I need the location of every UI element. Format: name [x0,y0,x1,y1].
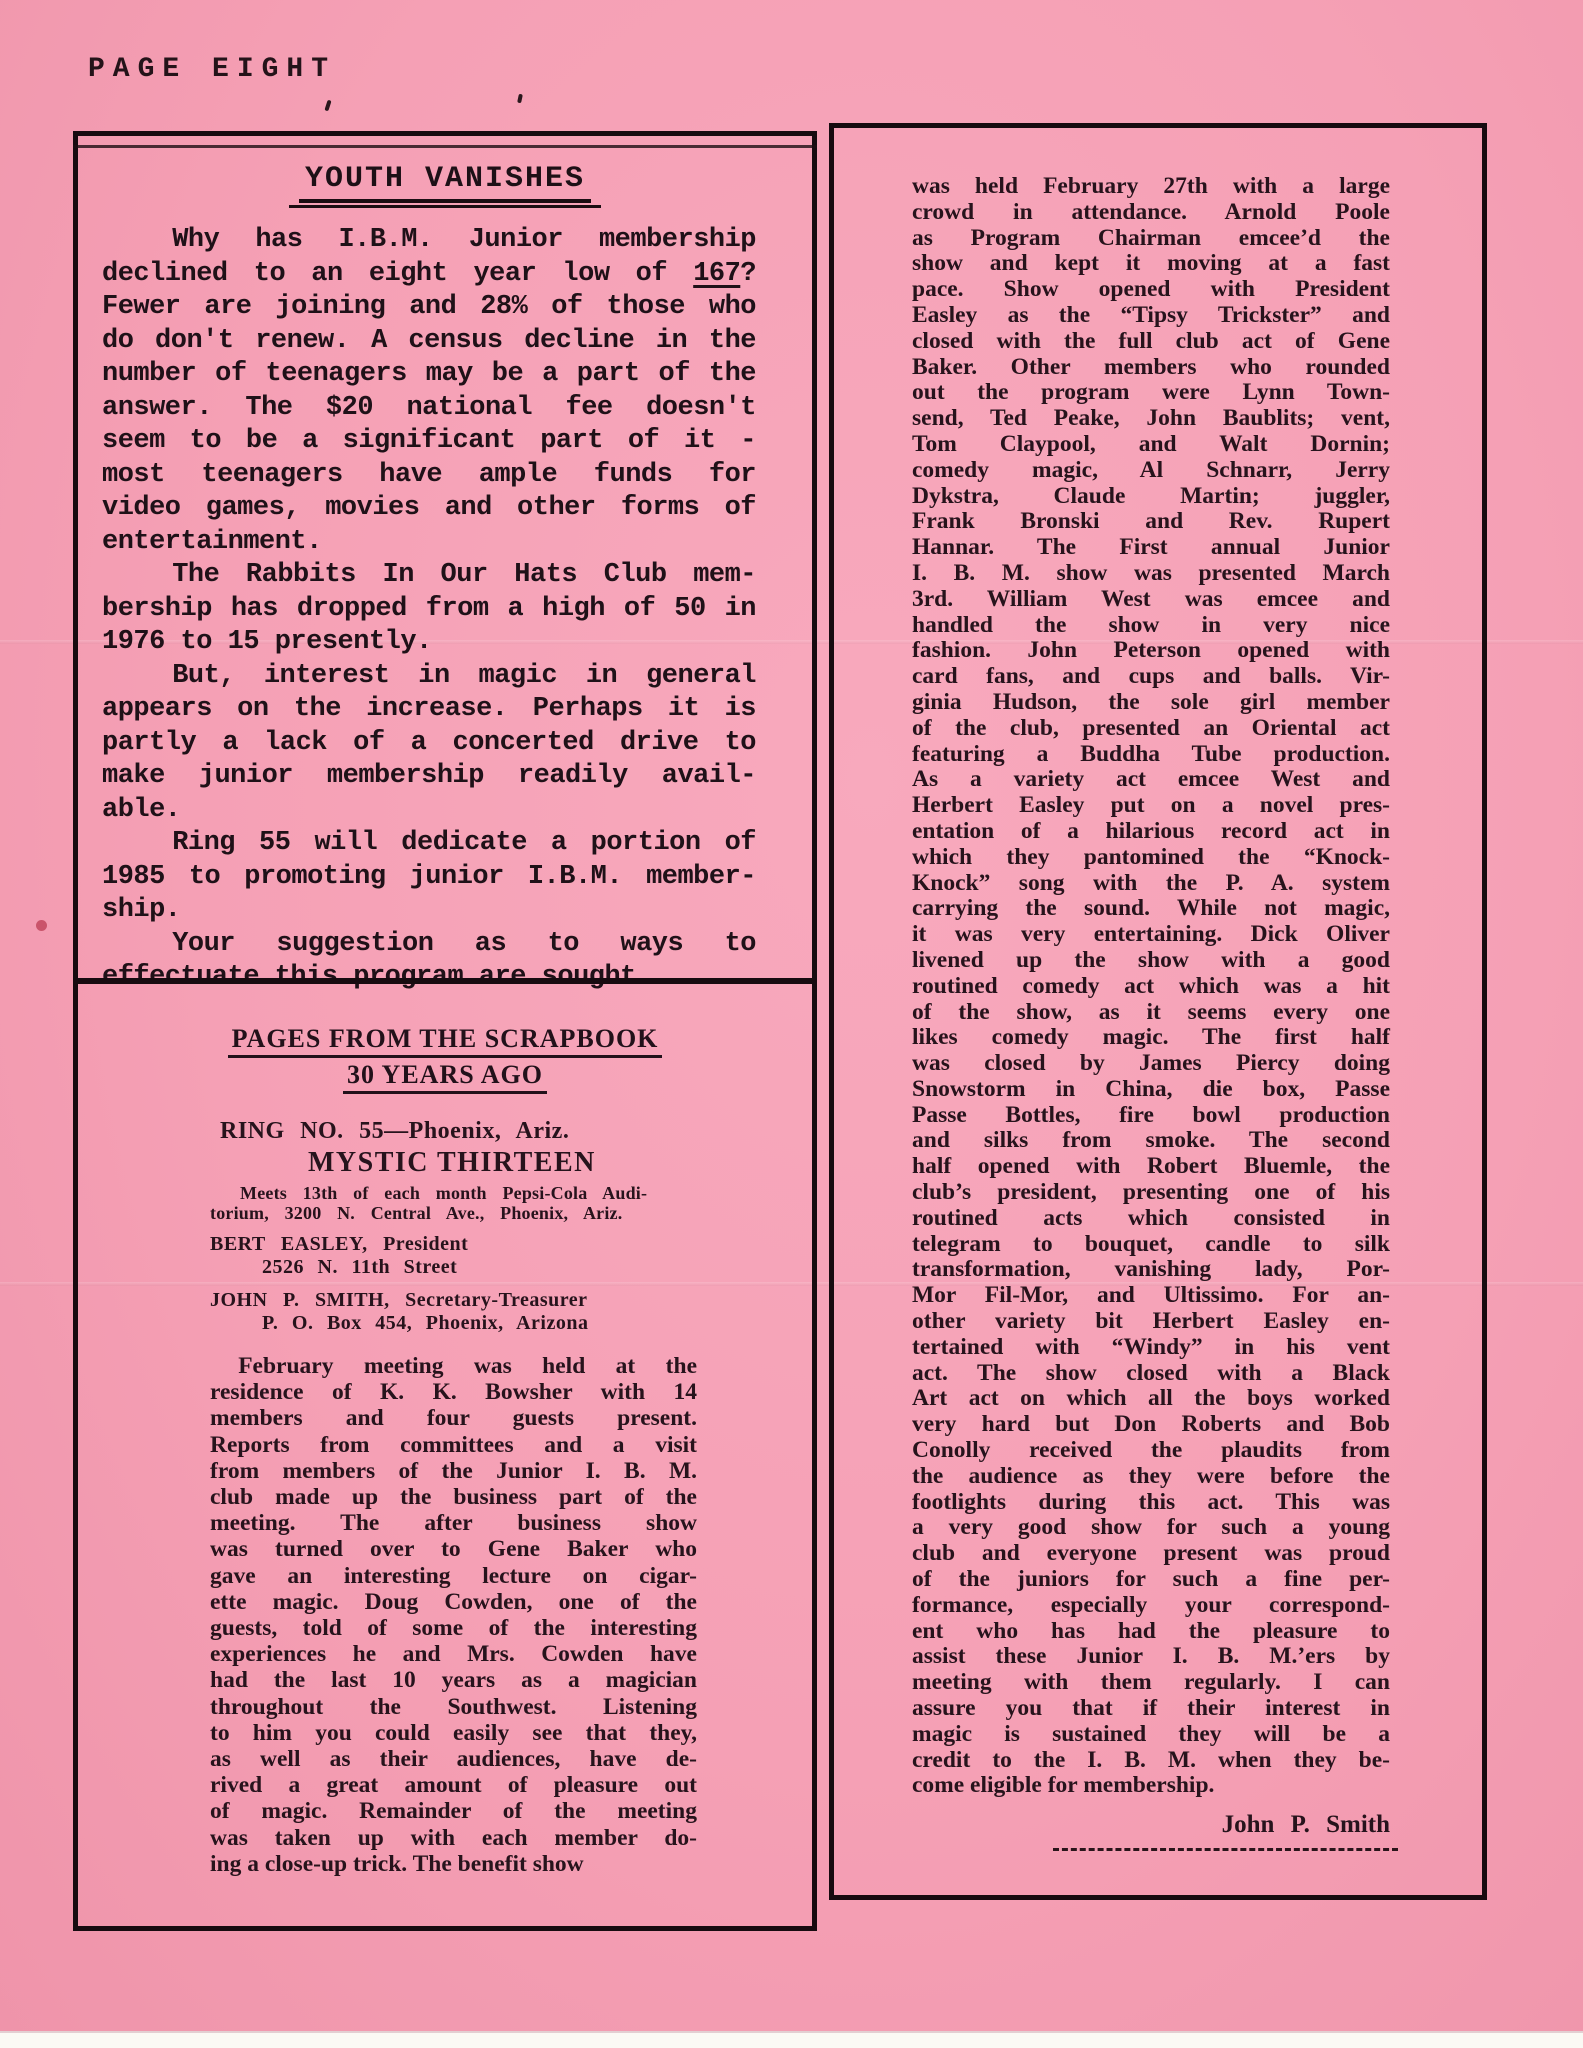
article-title: YOUTH VANISHES [78,162,812,196]
text-line: meeting with them regularly. I can [912,1670,1390,1696]
newsletter-page: PAGE EIGHT YOUTH VANISHES Why has I.B.M.… [0,0,1583,2048]
text-line: as well as their audiences, have de- [210,1746,697,1772]
text-line: Hannar. The First annual Junior [912,535,1390,561]
scrapbook-title-text: PAGES FROM THE SCRAPBOOK [228,1024,663,1058]
border-artifact [73,145,817,148]
text-line: act. The show closed with a Black [912,1361,1390,1387]
president-address: 2526 N. 11th Street [262,1256,770,1279]
text-line: was turned over to Gene Baker who [210,1536,697,1562]
text-line: carrying the sound. While not magic, [912,896,1390,922]
ring-number-line: RING NO. 55—Phoenix, Ariz. [220,1118,770,1145]
text-line: routined acts which consisted in [912,1206,1390,1232]
text-line: had the last 10 years as a magician [210,1667,697,1693]
text-line: entation of a hilarious record act in [912,819,1390,845]
text-line: which they pantomined the “Knock- [912,845,1390,871]
text-line: appears on the increase. Perhaps it is [102,693,756,727]
paragraph: February meeting was held at theresidenc… [210,1353,697,1877]
text-line: closed with the full club act of Gene [912,329,1390,355]
text-line: magic is sustained they will be a [912,1722,1390,1748]
text-line: 3rd. William West was emcee and [912,587,1390,613]
scan-speck [36,920,47,931]
text-line: club made up the business part of the [210,1484,697,1510]
text-line: Knock” song with the P. A. system [912,871,1390,897]
text-line: ginia Hudson, the sole girl member [912,690,1390,716]
scrapbook-subtitle-text: 30 YEARS AGO [343,1060,547,1094]
text-line: footlights during this act. This was [912,1490,1390,1516]
text-line: declined to an eight year low of 167? [102,258,756,292]
paragraph: Your suggestion as to ways toeffectuate … [102,928,756,995]
text-line: 1985 to promoting junior I.B.M. member- [102,861,756,895]
paragraph: Why has I.B.M. Junior membershipdeclined… [102,224,756,559]
text-line: able. [102,794,756,828]
text-line: club and everyone present was proud [912,1541,1390,1567]
text-line: handled the show in very nice [912,613,1390,639]
text-line: half opened with Robert Bluemle, the [912,1154,1390,1180]
text-line: gave an interesting lecture on cigar- [210,1563,697,1589]
text-line: show and kept it moving at a fast [912,251,1390,277]
paragraph: But, interest in magic in generalappears… [102,660,756,828]
text-line: I. B. M. show was presented March [912,561,1390,587]
text-line: Passe Bottles, fire bowl production [912,1103,1390,1129]
text-line: 1976 to 15 presently. [102,626,756,660]
text-line: it was very entertaining. Dick Oliver [912,922,1390,948]
text-line: ing a close-up trick. The benefit show [210,1851,697,1877]
text-line: Herbert Easley put on a novel pres- [912,793,1390,819]
president-line: BERT EASLEY, President [210,1233,770,1256]
text-line: experiences he and Mrs. Cowden have [210,1641,697,1667]
text-line: as Program Chairman emcee’d the [912,226,1390,252]
text-line: card fans, and cups and balls. Vir- [912,664,1390,690]
text-line: entertainment. [102,526,756,560]
text-line: credit to the I. B. M. when they be- [912,1748,1390,1774]
text-line: Frank Bronski and Rev. Rupert [912,509,1390,535]
text-line: Conolly received the plaudits from [912,1438,1390,1464]
text-line: transformation, vanishing lady, Por- [912,1257,1390,1283]
text-line: telegram to bouquet, candle to silk [912,1232,1390,1258]
text-line: residence of K. K. Bowsher with 14 [210,1379,697,1405]
text-line: the audience as they were before the [912,1464,1390,1490]
text-line: meeting. The after business show [210,1510,697,1536]
text-line: Art act on which all the boys worked [912,1386,1390,1412]
text-line: of the show, as it seems every one [912,1000,1390,1026]
text-line: Reports from committees and a visit [210,1432,697,1458]
text-line: pace. Show opened with President [912,277,1390,303]
text-line: send, Ted Peake, John Baublits; vent, [912,406,1390,432]
paragraph: was held February 27th with a largecrowd… [912,174,1390,1799]
text-line: Ring 55 will dedicate a portion of [102,827,756,861]
text-line: livened up the show with a good [912,948,1390,974]
text-line: assist these Junior I. B. M.’ers by [912,1644,1390,1670]
secretary-line: JOHN P. SMITH, Secretary-Treasurer [210,1289,770,1312]
text-line: was taken up with each member do- [210,1825,697,1851]
scan-artifact [324,100,331,112]
text-line: ent who has had the pleasure to [912,1619,1390,1645]
text-line: bership has dropped from a high of 50 in [102,593,756,627]
meeting-info-line: Meets 13th of each month Pepsi-Cola Audi… [210,1183,770,1203]
text-line: out the program were Lynn Town- [912,380,1390,406]
text-line: featuring a Buddha Tube production. [912,742,1390,768]
text-line: The Rabbits In Our Hats Club mem- [102,559,756,593]
article-body: Why has I.B.M. Junior membershipdeclined… [78,224,812,995]
text-line: number of teenagers may be a part of the [102,358,756,392]
text-line: to him you could easily see that they, [210,1720,697,1746]
text-line: comedy magic, Al Schnarr, Jerry [912,458,1390,484]
text-line: As a variety act emcee West and [912,767,1390,793]
text-line: was closed by James Piercy doing [912,1051,1390,1077]
text-line: February meeting was held at the [210,1353,697,1379]
signature: John P. Smith [912,1811,1390,1839]
club-name: MYSTIC THIRTEEN [308,1147,770,1179]
youth-vanishes-article: YOUTH VANISHES Why has I.B.M. Junior mem… [78,136,812,995]
meeting-info-line: torium, 3200 N. Central Ave., Phoenix, A… [210,1203,770,1223]
scrapbook-title-line2: 30 YEARS AGO [78,1060,812,1090]
text-line: routined comedy act which was a hit [912,974,1390,1000]
club-directory: RING NO. 55—Phoenix, Ariz. MYSTIC THIRTE… [210,1118,770,1335]
scan-artifact [517,94,523,104]
text-line: members and four guests present. [210,1405,697,1431]
text-line: of the juniors for such a fine per- [912,1567,1390,1593]
text-line: partly a lack of a concerted drive to [102,727,756,761]
text-line: come eligible for membership. [912,1773,1390,1799]
text-line: do don't renew. A census decline in the [102,325,756,359]
paragraph: The Rabbits In Our Hats Club mem-bership… [102,559,756,660]
right-column-box: was held February 27th with a largecrowd… [829,123,1487,1900]
page-number-label: PAGE EIGHT [88,54,336,85]
text-line: from members of the Junior I. B. M. [210,1458,697,1484]
text-line: crowd in attendance. Arnold Poole [912,200,1390,226]
text-line: Mor Fil-Mor, and Ultissimo. For an- [912,1283,1390,1309]
text-line: make junior membership readily avail- [102,760,756,794]
left-column-box: YOUTH VANISHES Why has I.B.M. Junior mem… [73,131,817,1931]
text-line: Baker. Other members who rounded [912,355,1390,381]
text-line: very hard but Don Roberts and Bob [912,1412,1390,1438]
text-line: and silks from smoke. The second [912,1128,1390,1154]
signature-underline [1053,1848,1398,1851]
text-line: other variety bit Herbert Easley en- [912,1309,1390,1335]
scrapbook-section: PAGES FROM THE SCRAPBOOK 30 YEARS AGO RI… [78,988,812,1877]
scrapbook-title-line1: PAGES FROM THE SCRAPBOOK [78,1024,812,1054]
secretary-address: P. O. Box 454, Phoenix, Arizona [262,1312,770,1335]
paragraph: Ring 55 will dedicate a portion of1985 t… [102,827,756,928]
text-line: video games, movies and other forms of [102,492,756,526]
text-line: fashion. John Peterson opened with [912,638,1390,664]
text-line: answer. The $20 national fee doesn't [102,392,756,426]
show-report-body: was held February 27th with a largecrowd… [834,128,1482,1799]
text-line: a very good show for such a young [912,1515,1390,1541]
text-line: of magic. Remainder of the meeting [210,1798,697,1824]
text-line: Tom Claypool, and Walt Dornin; [912,432,1390,458]
signature-block: John P. Smith [834,1799,1482,1851]
text-line: of the club, presented an Oriental act [912,716,1390,742]
text-line: most teenagers have ample funds for [102,459,756,493]
meeting-info: Meets 13th of each month Pepsi-Cola Audi… [210,1183,770,1223]
text-line: Dykstra, Claude Martin; juggler, [912,484,1390,510]
section-divider [73,978,817,984]
text-line: rived a great amount of pleasure out [210,1772,697,1798]
text-line: guests, told of some of the interesting [210,1615,697,1641]
text-line: throughout the Southwest. Listening [210,1694,697,1720]
text-line: club’s president, presenting one of his [912,1180,1390,1206]
text-line: formance, especially your correspond- [912,1593,1390,1619]
text-line: But, interest in magic in general [102,660,756,694]
text-line: assure you that if their interest in [912,1696,1390,1722]
text-line: tertained with “Windy” in his vent [912,1335,1390,1361]
text-line: ship. [102,894,756,928]
article-title-text: YOUTH VANISHES [299,162,591,203]
text-line: Snowstorm in China, die box, Passe [912,1077,1390,1103]
scan-edge [0,2031,1583,2048]
text-line: seem to be a significant part of it - [102,425,756,459]
text-line: ette magic. Doug Cowden, one of the [210,1589,697,1615]
text-line: Fewer are joining and 28% of those who [102,291,756,325]
text-line: was held February 27th with a large [912,174,1390,200]
text-line: Why has I.B.M. Junior membership [102,224,756,258]
text-line: likes comedy magic. The first half [912,1025,1390,1051]
scrapbook-body: February meeting was held at theresidenc… [210,1353,697,1877]
text-line: Your suggestion as to ways to [102,928,756,962]
text-line: Easley as the “Tipsy Trickster” and [912,303,1390,329]
